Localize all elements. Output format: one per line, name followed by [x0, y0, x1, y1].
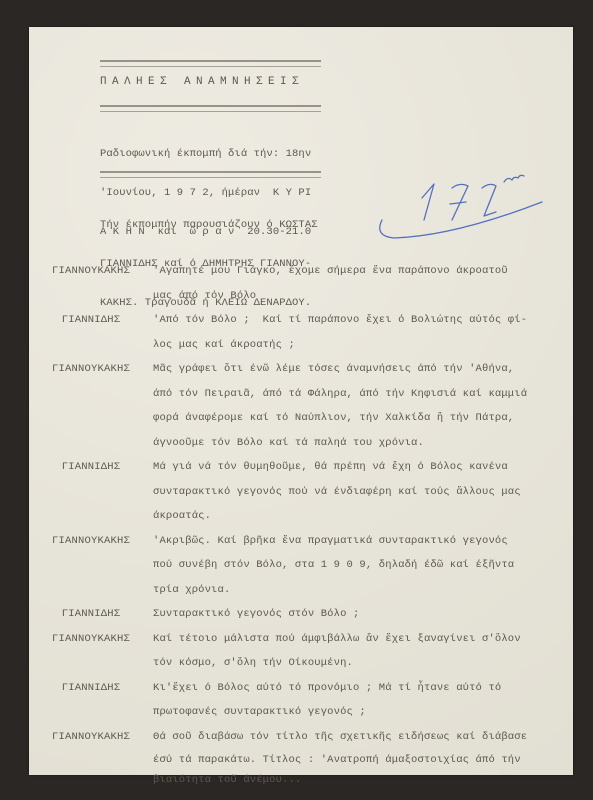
- dialogue-line: Θά σοῦ διαβάσω τόν τίτλο τῆς σχετικῆς ει…: [153, 725, 573, 750]
- handwritten-page-number: [374, 162, 544, 242]
- speaker-label: ΓΙΑΝΝΟΥΚΑΚΗΣ: [29, 357, 153, 455]
- dialogue-turn: ΓΙΑΝΝΙΔΗΣ Συνταρακτικό γεγονός στόν Βόλο…: [29, 602, 573, 627]
- dialogue-line: Μά γιά νά τόν θυμηθοῦμε, θά πρέπη νά ἔχη…: [153, 455, 573, 480]
- speaker-label: ΓΙΑΝΝΙΔΗΣ: [29, 308, 153, 357]
- document-title: ΠΑΛΗΕΣ ΑΝΑΜΝΗΣΕΙΣ: [100, 76, 304, 88]
- speaker-label: ΓΙΑΝΝΟΥΚΑΚΗΣ: [29, 529, 153, 603]
- title-top-rule: [100, 60, 321, 67]
- typewritten-page: ΠΑΛΗΕΣ ΑΝΑΜΝΗΣΕΙΣ Ραδιοφωνική έκπομπή δι…: [29, 27, 573, 775]
- dialogue-turn: ΓΙΑΝΝΙΔΗΣ Κι'ἔχει ό Βόλος αύτό τό προνόμ…: [29, 676, 573, 725]
- dialogue-turn: ΓΙΑΝΝΟΥΚΑΚΗΣ Μᾶς γράφει ὅτι ένῶ λέμε τόσ…: [29, 357, 573, 455]
- dialogue-line: άπό τόν Πειραιᾶ, άπό τά Φάληρα, άπό τήν …: [153, 382, 573, 407]
- dialogue-line: τρία χρόνια.: [153, 578, 573, 603]
- dialogue-line: φορά άναφέρομε καί τό Ναύπλιον, τήν Χαλκ…: [153, 406, 573, 431]
- dialogue-turn: ΓΙΑΝΝΙΔΗΣ 'Από τόν Βόλο ; Καί τί παράπον…: [29, 308, 573, 357]
- dialogue-line: Μᾶς γράφει ὅτι ένῶ λέμε τόσες άναμνήσεις…: [153, 357, 573, 382]
- dialogue-line: πού συνέβη στόν Βόλο, στα 1 9 0 9, δηλαδ…: [153, 553, 573, 578]
- dialogue-line: συνταρακτικό γεγονός πού νά ένδιαφέρη κα…: [153, 480, 573, 505]
- dialogue-line: 'Αγαπητέ μου Γιάγκο, ἔχομε σήμερα ἕνα πα…: [153, 259, 573, 284]
- dialogue-turn: ΓΙΑΝΝΟΥΚΑΚΗΣ Θά σοῦ διαβάσω τόν τίτλο τῆ…: [29, 725, 573, 790]
- speaker-label: ΓΙΑΝΝΟΥΚΑΚΗΣ: [29, 725, 153, 790]
- dialogue-line: λος μας καί άκροατής ;: [153, 333, 573, 358]
- dialogue-line: 'Ακριβῶς. Καί βρῆκα ἕνα πραγματικά συντα…: [153, 529, 573, 554]
- dialogue-line: μας άπό τόν Βόλο: [153, 284, 573, 309]
- dialogue-turn: ΓΙΑΝΝΟΥΚΑΚΗΣ 'Ακριβῶς. Καί βρῆκα ἕνα πρα…: [29, 529, 573, 603]
- dialogue-line: έσύ τά παρακάτω. Τίτλος : 'Ανατροπή άμαξ…: [153, 749, 573, 771]
- broadcast-info-line: Ραδιοφωνική έκπομπή διά τήν: 18ην: [100, 148, 311, 161]
- dialogue-line: Καί τέτοιο μάλιστα πού άμφιβάλλω ἄν ἔχει…: [153, 627, 573, 652]
- dialogue-line: άκροατάς.: [153, 504, 573, 529]
- speaker-label: ΓΙΑΝΝΙΔΗΣ: [29, 676, 153, 725]
- speaker-label: ΓΙΑΝΝΙΔΗΣ: [29, 455, 153, 529]
- dialogue-line: Συνταρακτικό γεγονός στόν Βόλο ;: [153, 602, 573, 627]
- dialogue-line: βιαιότητα τοῦ άνέμου...: [153, 771, 573, 789]
- dialogue-script: ΓΙΑΝΝΟΥΚΑΚΗΣ 'Αγαπητέ μου Γιάγκο, ἔχομε …: [29, 259, 573, 789]
- dialogue-turn: ΓΙΑΝΝΙΔΗΣ Μά γιά νά τόν θυμηθοῦμε, θά πρ…: [29, 455, 573, 529]
- dialogue-line: πρωτοφανές συνταρακτικό γεγονός ;: [153, 700, 573, 725]
- speaker-label: ΓΙΑΝΝΙΔΗΣ: [29, 602, 153, 627]
- dialogue-line: Κι'ἔχει ό Βόλος αύτό τό προνόμιο ; Μά τί…: [153, 676, 573, 701]
- info-bottom-rule: [100, 171, 321, 178]
- dialogue-turn: ΓΙΑΝΝΟΥΚΑΚΗΣ 'Αγαπητέ μου Γιάγκο, ἔχομε …: [29, 259, 573, 308]
- dialogue-turn: ΓΙΑΝΝΟΥΚΑΚΗΣ Καί τέτοιο μάλιστα πού άμφι…: [29, 627, 573, 676]
- speaker-label: ΓΙΑΝΝΟΥΚΑΚΗΣ: [29, 627, 153, 676]
- title-bottom-rule: [100, 105, 321, 112]
- pen-annotation-icon: [374, 162, 544, 242]
- presenters-line: Τήν έκπομπήν παρουσιάζουν ό ΚΩΣΤΑΣ: [100, 219, 318, 232]
- dialogue-line: άγνοοῦμε τόν Βόλο καί τά παληά του χρόνι…: [153, 431, 573, 456]
- dialogue-line: τόν κόσμο, σ'ὅλη τήν Οίκουμένη.: [153, 651, 573, 676]
- speaker-label: ΓΙΑΝΝΟΥΚΑΚΗΣ: [29, 259, 153, 308]
- dialogue-line: 'Από τόν Βόλο ; Καί τί παράπονο ἔχει ό Β…: [153, 308, 573, 333]
